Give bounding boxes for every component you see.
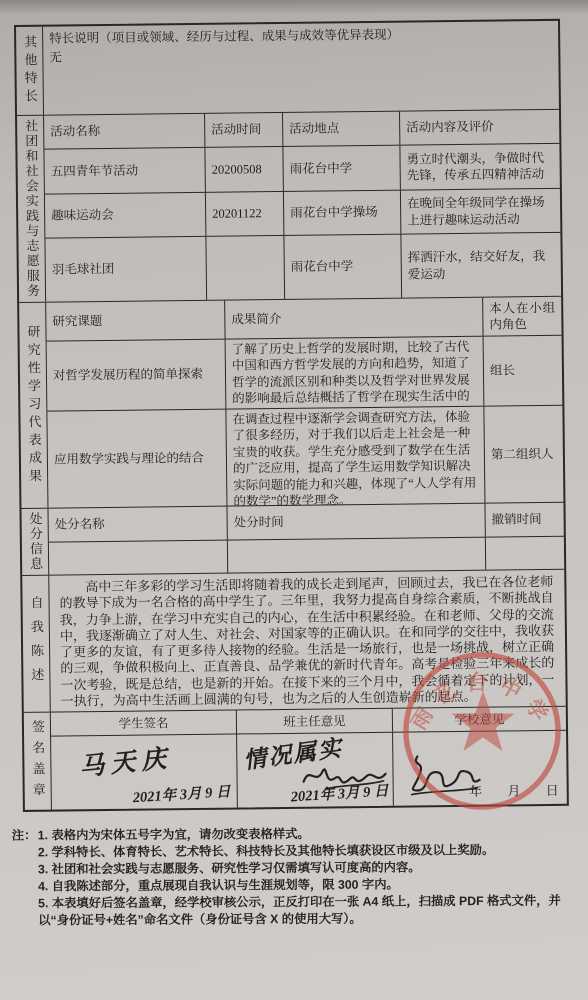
section-other-specialty: 其他特长 特长说明（项目或领域、经历与过程、成果与成效等优异表现） 无 xyxy=(16,21,559,115)
section-label-club-practice: 社团和社会实践与志愿服务 xyxy=(17,116,46,302)
col-header-activity-place: 活动地点 xyxy=(282,112,399,146)
self-statement-text: 高中三年多彩的学习生活即将随着我的成长走到尾声，回顾过去，我已在各位老师的教导下… xyxy=(49,570,566,712)
school-sign-date: 年 月 日 xyxy=(469,782,559,800)
section-label-signatures: 签名盖章 xyxy=(24,713,52,810)
research-topic: 应用数学实践与理论的结合 xyxy=(47,410,226,508)
activity-place: 雨花台中学 xyxy=(282,146,399,191)
section-label-self-statement: 自我陈述 xyxy=(22,576,51,713)
discipline-time-empty xyxy=(227,538,485,573)
student-signature: 马天庆 xyxy=(78,744,174,786)
col-header-group-role: 本人在小组内角色 xyxy=(482,297,561,336)
discipline-revoke-empty xyxy=(485,537,564,570)
activity-name: 趣味运动会 xyxy=(45,193,205,238)
note-item: 5. 本表填好后签名盖章，经学校审核公示，正反打印在一张 A4 纸上，扫描成 P… xyxy=(38,893,578,930)
col-header-research-topic: 研究课题 xyxy=(46,301,224,341)
other-specialty-value: 无 xyxy=(49,44,552,66)
activity-time: 20201122 xyxy=(205,192,283,236)
activity-place: 雨花台中学 xyxy=(283,235,401,299)
teacher-opinion-cell: 情况属实 2021年 3月 9 日 xyxy=(236,733,393,808)
research-row: 对哲学发展历程的简单探索 了解了历史上哲学的发展时期，比较了古代中国和西方哲学发… xyxy=(47,335,563,411)
section-research-results: 研究性学习代表成果 研究课题 成果简介 本人在小组内角色 对哲学发展历程的简单探… xyxy=(19,296,563,508)
research-role: 组长 xyxy=(483,336,563,406)
activity-row: 趣味运动会 20201122 雨花台中学操场 在晚间全年级同学在操场上进行趣味运… xyxy=(45,188,560,238)
activity-row: 五四青年节活动 20200508 雨花台中学 勇立时代潮头，争做时代先锋，传承五… xyxy=(44,143,559,194)
activity-row: 羽毛球社团 雨花台中学 挥洒汗水，结交好友，我爱运动 xyxy=(45,232,561,302)
research-header-row: 研究课题 成果简介 本人在小组内角色 xyxy=(46,297,561,341)
activity-place: 雨花台中学操场 xyxy=(283,191,400,235)
other-specialty-cell: 特长说明（项目或领域、经历与过程、成果与成效等优异表现） 无 xyxy=(43,21,559,115)
col-header-activity-time: 活动时间 xyxy=(204,113,282,147)
col-header-discipline-name: 处分名称 xyxy=(48,507,226,542)
research-role: 第二组织人 xyxy=(483,406,563,503)
discipline-name-empty xyxy=(49,541,227,575)
activity-content: 在晚间全年级同学在操场上进行趣味运动活动 xyxy=(400,189,560,234)
section-label-discipline: 处分信息 xyxy=(21,509,49,575)
col-header-student-signature: 学生签名 xyxy=(51,711,236,736)
discipline-header-row: 处分名称 处分时间 撤销时间 xyxy=(48,503,563,542)
col-header-school-opinion: 学校意见 xyxy=(392,707,566,732)
activity-content: 挥洒汗水，结交好友，我爱运动 xyxy=(400,233,561,298)
research-row: 应用数学实践与理论的结合 在调查过程中逐渐学会调查研究方法，体验了很多经历，对于… xyxy=(47,405,563,508)
section-label-research: 研究性学习代表成果 xyxy=(19,303,48,508)
student-signature-cell: 马天庆 2021年 3月 9 日 xyxy=(51,735,237,810)
col-header-revoke-time: 撤销时间 xyxy=(484,503,563,537)
discipline-empty-row xyxy=(49,536,564,575)
activity-time: 20200508 xyxy=(204,147,282,192)
research-result: 在调查过程中逐渐学会调查研究方法，体验了很多经历，对于我们以后走上社会是一种宝贵… xyxy=(225,407,484,506)
student-sign-date: 2021年 3月 9 日 xyxy=(132,783,231,808)
activity-name: 羽毛球社团 xyxy=(45,237,206,302)
other-specialty-description: 特长说明（项目或领域、经历与过程、成果与成效等优异表现） xyxy=(49,25,552,47)
section-label-other-specialty: 其他特长 xyxy=(16,27,44,115)
activity-time xyxy=(205,236,284,300)
research-result: 了解了历史上哲学的发展时期，比较了古代中国和西方哲学发展的方向和趋势，知道了哲学… xyxy=(225,337,484,409)
signature-row: 马天庆 2021年 3月 9 日 情况属实 2021年 3月 9 日 xyxy=(51,730,567,810)
research-topic: 对哲学发展历程的简单探索 xyxy=(47,340,226,411)
section-club-practice: 社团和社会实践与志愿服务 活动名称 活动时间 活动地点 活动内容及评价 五四青年… xyxy=(17,109,561,302)
activity-header-row: 活动名称 活动时间 活动地点 活动内容及评价 xyxy=(44,110,559,149)
section-signatures: 签名盖章 学生签名 班主任意见 学校意见 马天庆 2021年 3月 9 日 情况… xyxy=(24,706,567,810)
col-header-activity-content: 活动内容及评价 xyxy=(399,110,559,145)
col-header-teacher-opinion: 班主任意见 xyxy=(236,709,392,734)
activity-content: 勇立时代潮头，争做时代先锋，传承五四精神活动 xyxy=(399,144,559,190)
col-header-discipline-time: 处分时间 xyxy=(226,504,484,540)
evaluation-form-table: 其他特长 特长说明（项目或领域、经历与过程、成果与成效等优异表现） 无 社团和社… xyxy=(14,19,569,813)
section-self-statement: 自我陈述 高中三年多彩的学习生活即将随着我的成长走到尾声，回顾过去，我已在各位老… xyxy=(22,569,566,713)
school-opinion-cell: 年 月 日 xyxy=(392,731,567,806)
section-discipline: 处分信息 处分名称 处分时间 撤销时间 xyxy=(21,502,564,575)
notes-prefix: 注： xyxy=(12,827,39,929)
col-header-result-intro: 成果简介 xyxy=(224,298,482,339)
col-header-activity-name: 活动名称 xyxy=(44,114,204,149)
form-notes: 注： 1. 表格内为宋体五号字为宜，请勿改变表格样式。 2. 学科特长、体育特长… xyxy=(12,825,579,930)
activity-name: 五四青年节活动 xyxy=(44,148,204,194)
